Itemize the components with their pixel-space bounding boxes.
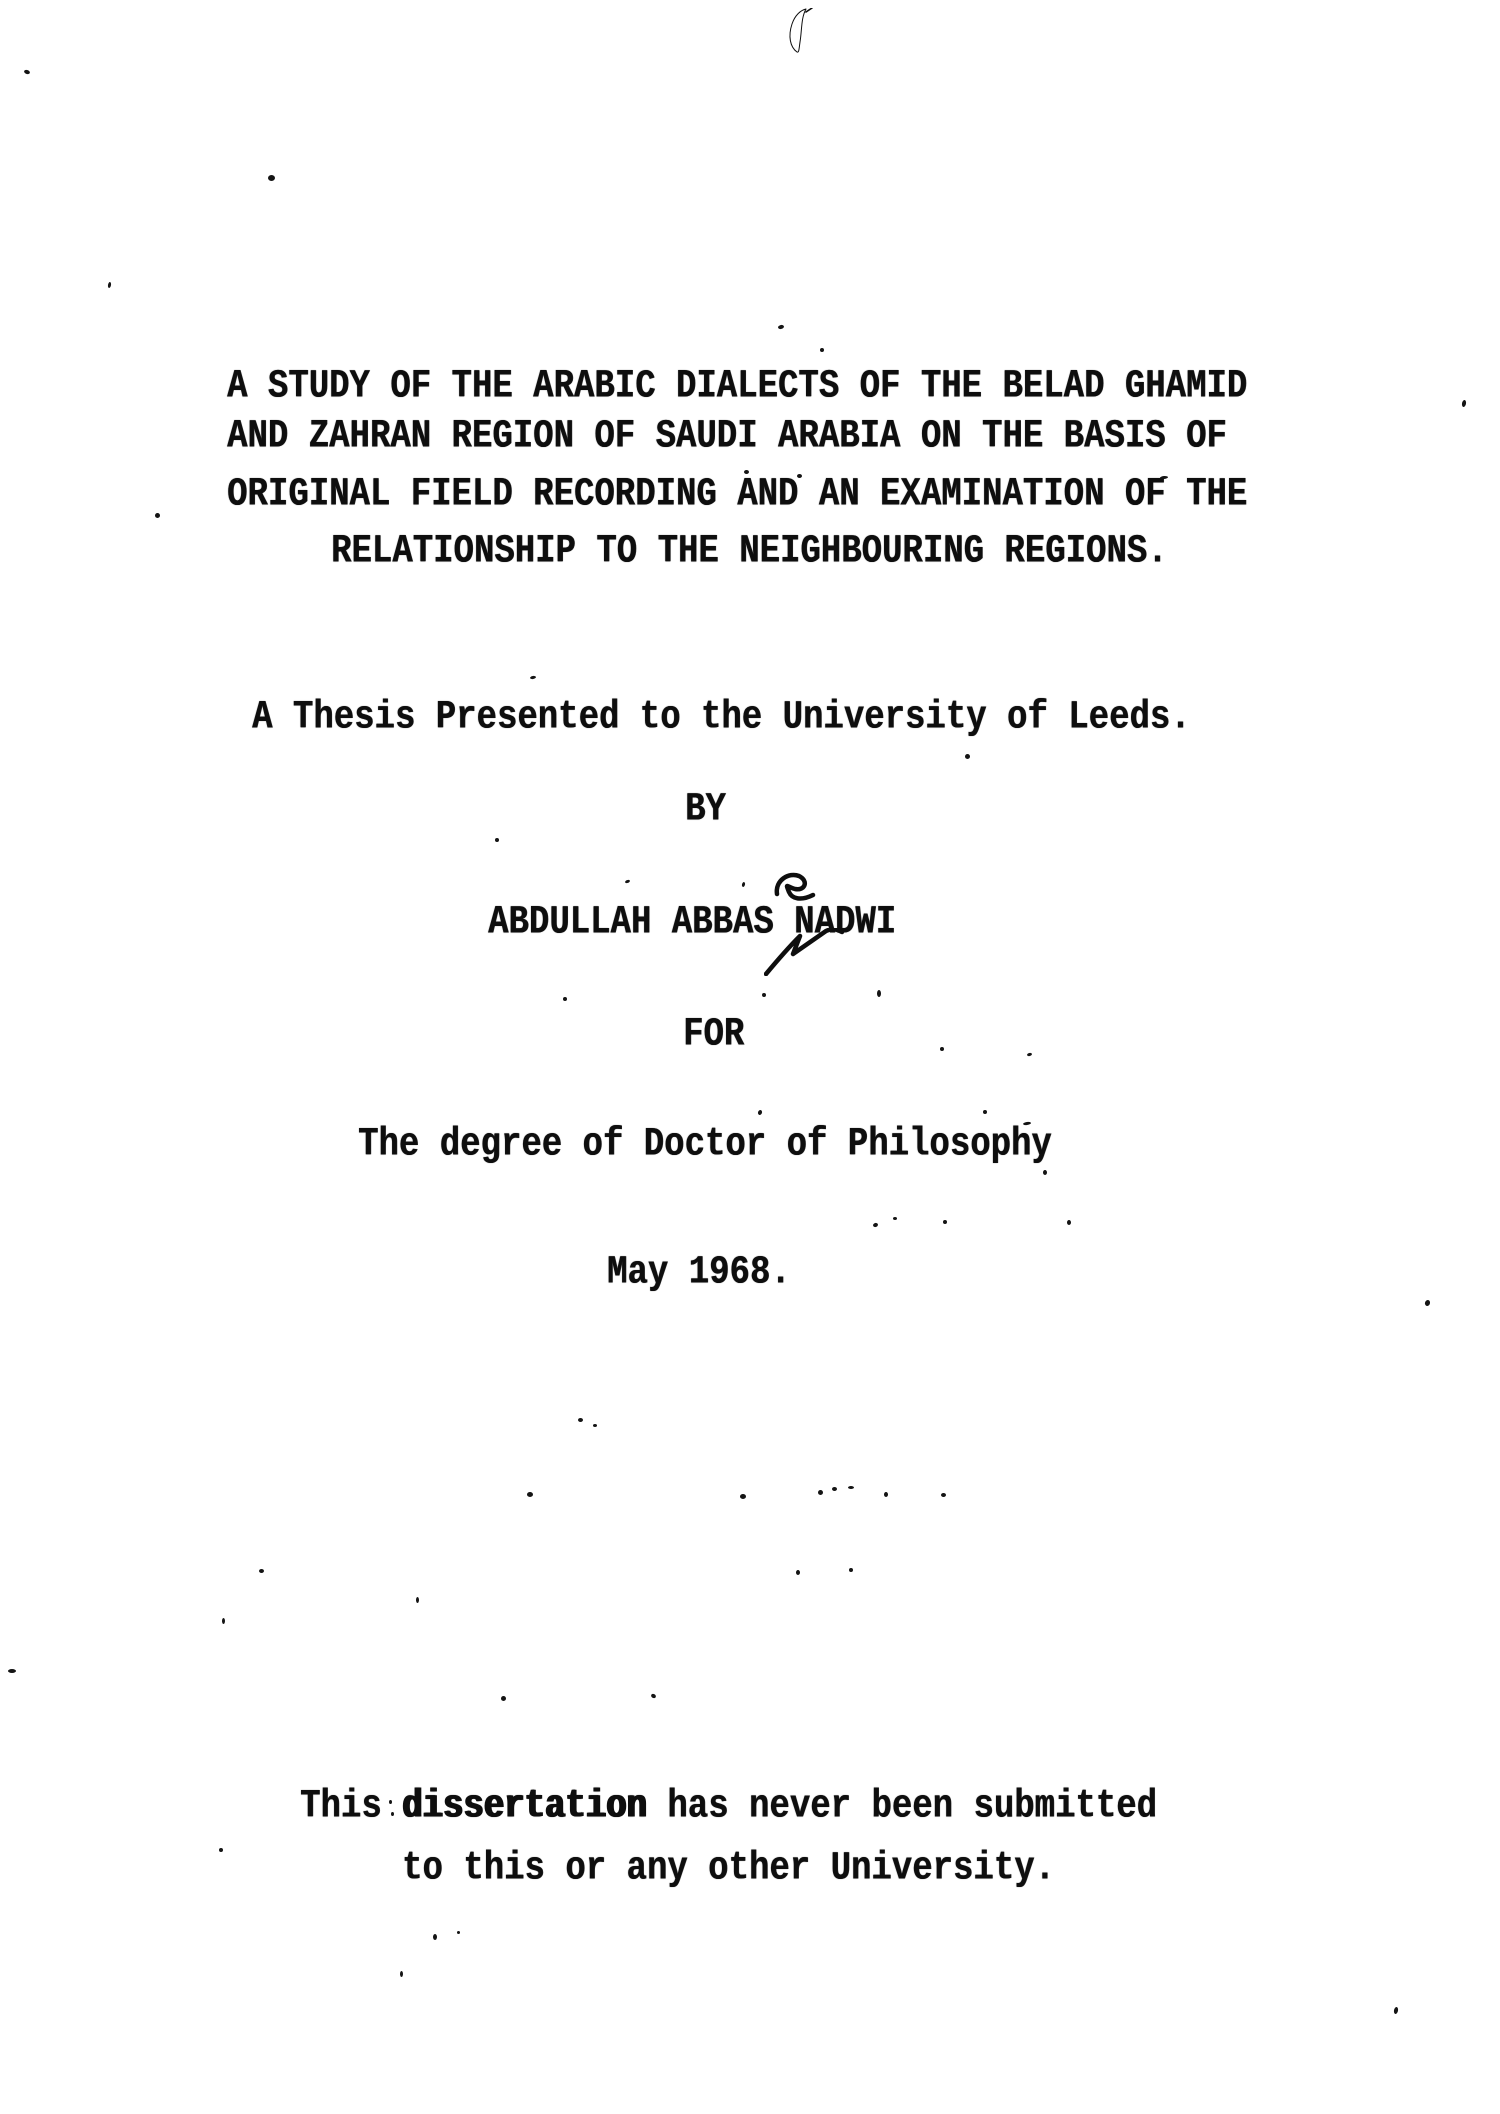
ink-speck (625, 879, 631, 884)
ink-speck (1393, 2007, 1398, 2015)
ink-speck (400, 1971, 403, 1977)
title-line-2: AND ZAHRAN REGION OF SAUDI ARABIA ON THE… (227, 417, 1227, 457)
ink-speck (501, 1696, 506, 1701)
date-line: May 1968. (607, 1253, 791, 1293)
declaration-word-dissertation: dissertation (402, 1785, 647, 1830)
declaration-line-1-rest: has never been submitted (667, 1785, 1157, 1830)
handwritten-zigzag-below-author (764, 928, 846, 976)
ink-speck (1424, 1299, 1431, 1306)
ink-speck (578, 1418, 583, 1422)
ink-speck (797, 474, 802, 478)
ink-speck (416, 1597, 419, 1603)
ink-speck (983, 1110, 987, 1114)
ink-speck (744, 470, 749, 474)
for-label: FOR (683, 1015, 744, 1055)
ink-speck (884, 1492, 888, 1497)
ink-speck (222, 1618, 225, 1624)
ink-speck (741, 882, 745, 888)
ink-speck (650, 1693, 656, 1699)
ink-speck (872, 1222, 878, 1227)
ink-speck (23, 69, 30, 75)
by-label: BY (685, 790, 726, 830)
ink-speck (1027, 1052, 1033, 1056)
ink-speck (848, 1486, 854, 1489)
ink-speck (259, 1569, 264, 1573)
ink-speck (495, 838, 499, 842)
ink-speck (527, 1492, 533, 1497)
ink-blot (787, 8, 813, 56)
ink-speck (108, 282, 112, 288)
ink-speck (8, 1669, 16, 1673)
ink-speck (1067, 1220, 1071, 1225)
ink-speck (433, 1934, 437, 1940)
ink-speck (943, 1220, 947, 1224)
ink-speck (1043, 1170, 1047, 1175)
ink-speck (893, 1217, 897, 1220)
ink-speck (832, 1487, 837, 1491)
ink-speck (818, 1490, 823, 1495)
ink-speck (877, 990, 881, 997)
ink-speck (593, 1424, 597, 1427)
ink-speck (457, 1931, 460, 1934)
declaration-word-this: This (300, 1785, 382, 1830)
ink-speck (268, 175, 275, 181)
ink-speck (820, 348, 824, 352)
ink-speck (219, 1848, 223, 1852)
ink-speck (965, 754, 970, 759)
ink-speck (391, 1812, 394, 1816)
ink-speck (155, 513, 160, 518)
ink-speck (778, 324, 785, 329)
declaration-line-1: This dissertation has never been submitt… (300, 1787, 1157, 1827)
handwritten-flourish-above-author (773, 872, 817, 908)
ink-speck (563, 997, 567, 1001)
ink-speck (740, 1494, 746, 1499)
title-line-1: A STUDY OF THE ARABIC DIALECTS OF THE BE… (227, 367, 1247, 407)
ink-speck (1461, 400, 1466, 408)
title-line-3: ORIGINAL FIELD RECORDING AND AN EXAMINAT… (227, 475, 1247, 515)
title-line-4: RELATIONSHIP TO THE NEIGHBOURING REGIONS… (331, 532, 1168, 572)
degree-line: The degree of Doctor of Philosophy (358, 1125, 1052, 1165)
ink-speck (796, 1570, 800, 1575)
ink-speck (762, 993, 766, 997)
scanned-thesis-title-page: { "page": { "background": "#ffffff", "in… (0, 0, 1500, 2114)
ink-speck (940, 1047, 944, 1051)
presentation-line: A Thesis Presented to the University of … (252, 698, 1191, 738)
ink-speck (941, 1493, 946, 1497)
ink-speck (849, 1568, 853, 1572)
ink-speck (389, 1800, 392, 1804)
declaration-line-2: to this or any other University. (402, 1849, 1055, 1889)
ink-speck (530, 676, 536, 680)
ink-speck (757, 1109, 762, 1115)
